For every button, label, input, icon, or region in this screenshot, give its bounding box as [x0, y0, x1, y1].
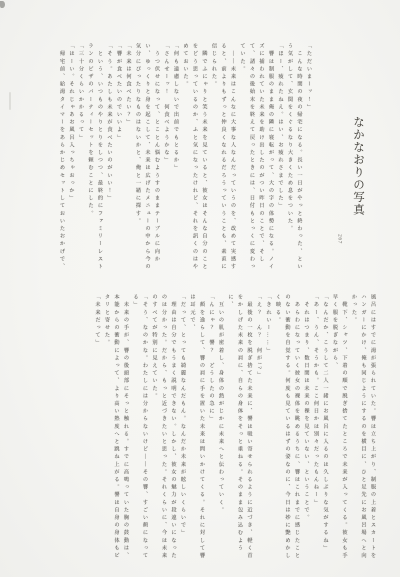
chapter-title: なかなおりの写真: [350, 116, 366, 216]
book-page: なかなおりの写真 267 「ただいまーッ！」 こんな時間の夜の帰宅になる。長い一…: [0, 0, 400, 577]
page-number: 267: [337, 232, 343, 247]
scan-speck: [0, 1, 5, 8]
text-band-top: 「ただいまーッ！」 こんな時間の夜の帰宅になる。長い一日がやっと終わった、という…: [43, 43, 313, 274]
text-band-bottom: 風呂にはすでに湯が張られていた。響は立ち上がり、制服の上着とスカートをハンガーに…: [43, 294, 377, 561]
scan-speck: [9, 92, 11, 110]
